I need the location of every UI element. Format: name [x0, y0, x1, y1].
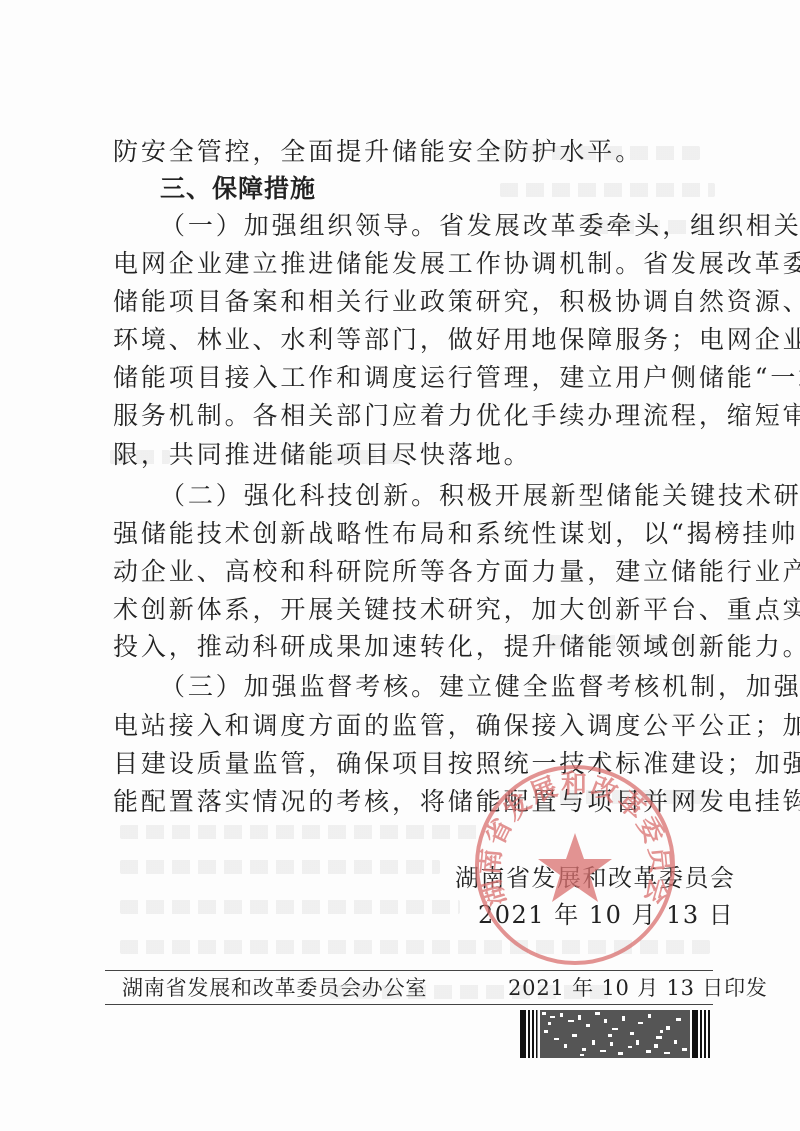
paragraph-2-line: 动企业、高校和科研院所等各方面力量，建立储能行业产学研技	[113, 557, 713, 587]
paragraph-1-line: 环境、林业、水利等部门，做好用地保障服务；电网企业做好	[113, 325, 713, 355]
paragraph-2-line: 术创新体系，开展关键技术研究，加大创新平台、重点实验室等	[113, 595, 713, 625]
paragraph-1-line: 储能项目备案和相关行业政策研究，积极协调自然资源、生态	[113, 287, 713, 317]
footer-bottom-rule	[105, 1004, 713, 1005]
signature-date: 2021 年 10 月 13 日	[478, 900, 734, 930]
paragraph-2-line: （二）强化科技创新。积极开展新型储能关键技术研发，加	[160, 481, 760, 511]
paragraph-2-line: 投入，推动科研成果加速转化，提升储能领域创新能力。	[113, 632, 713, 662]
signature-organization: 湖南省发展和改革委员会	[455, 863, 736, 893]
paragraph-3-line: 能配置落实情况的考核，将储能配置与项目并网发电挂钩。	[113, 787, 713, 817]
document-page: 防安全管控，全面提升储能安全防护水平。 三、保障措施 （一）加强组织领导。省发展…	[0, 0, 800, 1131]
paragraph-1-line: 限，共同推进储能项目尽快落地。	[113, 440, 713, 470]
paragraph-3-line: （三）加强监督考核。建立健全监督考核机制，加强对储能	[160, 672, 760, 702]
paragraph-1-line: 电网企业建立推进储能发展工作协调机制。省发展改革委负责	[113, 249, 713, 279]
section-heading: 三、保障措施	[160, 174, 760, 204]
paragraph-3-line: 目建设质量监管，确保项目按照统一技术标准建设；加强对储	[113, 749, 713, 779]
paragraph-3-line: 电站接入和调度方面的监管，确保接入调度公平公正；加强项	[113, 711, 713, 741]
paragraph-2-line: 强储能技术创新战略性布局和系统性谋划，以“揭榜挂帅”方式调	[113, 519, 713, 549]
body-line: 防安全管控，全面提升储能安全防护水平。	[113, 137, 713, 167]
paragraph-1-line: （一）加强组织领导。省发展改革委牵头，组织相关部门和	[160, 211, 760, 241]
paragraph-1-line: 储能项目接入工作和调度运行管理，建立用户侧储能“一站式”	[113, 363, 713, 393]
paragraph-1-line: 服务机制。各相关部门应着力优化手续办理流程，缩短审批时	[113, 401, 713, 431]
pdf417-barcode-icon	[520, 1010, 712, 1058]
footer-top-rule	[105, 970, 713, 971]
footer-issue-date: 2021 年 10 月 13 日印发	[508, 974, 768, 1002]
footer-issuer: 湖南省发展和改革委员会办公室	[122, 974, 427, 1002]
